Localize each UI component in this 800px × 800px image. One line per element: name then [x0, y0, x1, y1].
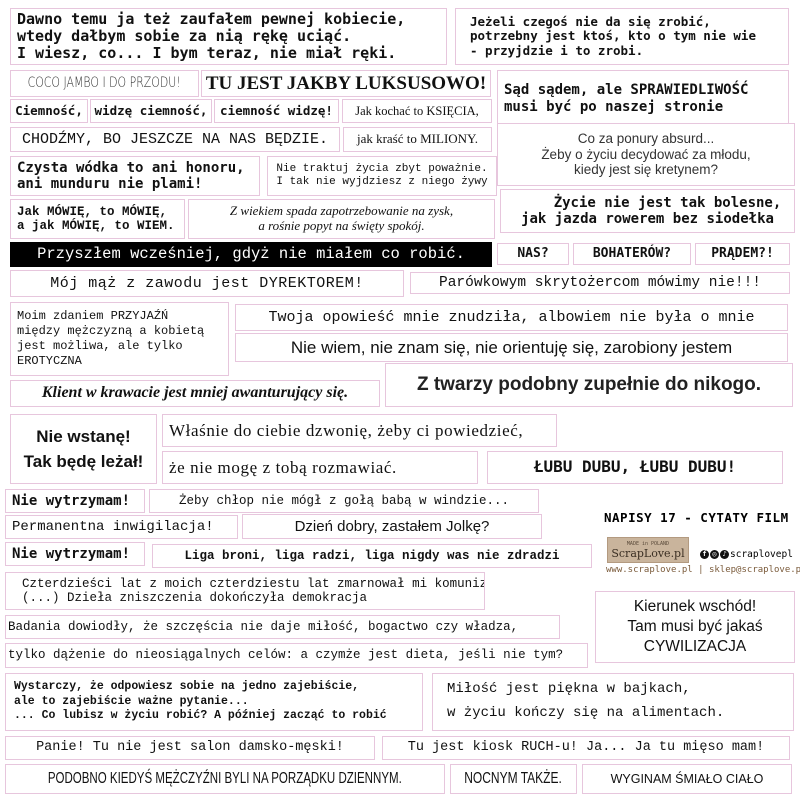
- social-handle[interactable]: scraplovepl: [730, 549, 793, 560]
- quote-text: Twoja opowieść mnie znudziła, albowiem n…: [268, 309, 754, 326]
- sticker-quote: Właśnie do ciebie dzwonię, żeby ci powie…: [162, 414, 557, 447]
- quote-text: CHODŹMY, BO JESZCZE NA NAS BĘDZIE.: [22, 131, 328, 148]
- sticker-quote: ŁUBU DUBU, ŁUBU DUBU!: [487, 451, 783, 484]
- sticker-quote: Nie wytrzymam!: [5, 542, 145, 566]
- quote-line: Miłość jest piękna w bajkach,: [447, 678, 793, 702]
- quote-line: Czterdzieści lat z moich czterdziestu la…: [22, 577, 484, 591]
- brand-logo: MADE in POLAND ScrapLove.pl: [608, 538, 688, 562]
- quote-text: Nie wiem, nie znam się, nie orientuję si…: [291, 338, 732, 358]
- quote-line: Moim zdaniem PRZYJAŹŃ: [17, 309, 228, 324]
- quote-text: jak kraść to MILIONY.: [357, 132, 478, 147]
- quote-line: Co za ponury absurd...: [578, 131, 715, 147]
- quote-line: EROTYCZNA: [17, 354, 228, 369]
- quote-text: widzę ciemność,: [95, 104, 208, 118]
- sticker-quote: Jak kochać to KSIĘCIA,: [342, 99, 492, 123]
- quote-line: Wystarczy, że odpowiesz sobie na jedno z…: [14, 680, 422, 695]
- quote-text: Liga broni, liga radzi, liga nigdy was n…: [184, 549, 559, 563]
- quote-line: Nie wstanę!: [36, 424, 130, 450]
- sticker-quote: Nie wstanę! Tak będę leżał!: [10, 414, 157, 484]
- sticker-quote: Dzień dobry, zastałem Jolkę?: [242, 514, 542, 539]
- brand-contact: www.scraplove.pl | sklep@scraplove.pl: [606, 565, 800, 575]
- quote-line: (...) Dzieła zniszczenia dokończyła demo…: [22, 591, 484, 605]
- quote-text: NOCNYM TAKŻE.: [465, 770, 563, 788]
- collection-title: NAPISY 17 - CYTATY FILM: [604, 510, 789, 525]
- sticker-quote: Dawno temu ja też zaufałem pewnej kobiec…: [10, 8, 447, 65]
- sticker-quote: ciemność widzę!: [214, 99, 339, 123]
- quote-line: jak jazda rowerem bez siodełka: [521, 211, 774, 227]
- sticker-quote: Badania dowiodły, że szczęścia nie daje …: [5, 615, 560, 639]
- quote-line: a rośnie popyt na święty spokój.: [258, 219, 424, 234]
- quote-text: Parówkowym skrytożercom mówimy nie!!!: [439, 275, 761, 292]
- email-link[interactable]: sklep@scraplove.pl: [709, 565, 800, 575]
- quote-text: Przyszłem wcześniej, gdyż nie miałem co …: [37, 246, 465, 264]
- quote-text: Nie wytrzymam!: [12, 546, 144, 562]
- quote-line: Dawno temu ja też zaufałem pewnej kobiec…: [17, 11, 446, 28]
- quote-line: kiedy jest się kretynem?: [574, 162, 718, 178]
- quote-line: jest możliwa, ale tylko: [17, 339, 228, 354]
- sticker-quote: CHODŹMY, BO JESZCZE NA NAS BĘDZIE.: [10, 127, 340, 152]
- quote-text: Jak kochać to KSIĘCIA,: [355, 104, 479, 118]
- quote-text: TU JEST JAKBY LUKSUSOWO!: [206, 73, 486, 95]
- sticker-quote: jak kraść to MILIONY.: [343, 127, 492, 152]
- social-links: f ◎ ♪ scraplovepl: [700, 549, 793, 560]
- sticker-quote: Czterdzieści lat z moich czterdziestu la…: [5, 572, 485, 610]
- quote-text: WYGINAM ŚMIAŁO CIAŁO: [611, 772, 764, 786]
- quote-line: Czysta wódka to ani honoru,: [17, 160, 259, 176]
- quote-text: Ciemność,: [15, 104, 83, 118]
- sticker-quote: Nie wytrzymam!: [5, 489, 145, 513]
- sticker-quote: tylko dążenie do nieosiągalnych celów: a…: [5, 643, 588, 668]
- quote-text: ciemność widzę!: [220, 104, 333, 118]
- sticker-quote: Ciemność,: [10, 99, 88, 123]
- sticker-quote: Klient w krawacie jest mniej awanturując…: [10, 380, 380, 407]
- quote-line: między mężczyzną a kobietą: [17, 324, 228, 339]
- quote-line: Jeżeli czegoś nie da się zrobić,: [470, 15, 788, 29]
- sticker-quote: NAS?: [497, 243, 569, 265]
- quote-text: Coco Jambo i do przodu!: [28, 75, 181, 91]
- sticker-quote: Wystarczy, że odpowiesz sobie na jedno z…: [5, 673, 423, 731]
- quote-text: że nie mogę z tobą rozmawiać.: [169, 458, 477, 478]
- quote-text: BOHATERÓW?: [593, 247, 671, 262]
- quote-text: Żeby chłop nie mógł z gołą babą w windzi…: [179, 494, 509, 508]
- sticker-quote: NOCNYM TAKŻE.: [450, 764, 577, 794]
- sticker-quote: Co za ponury absurd... Żeby o życiu decy…: [497, 123, 795, 186]
- sticker-quote: Moim zdaniem PRZYJAŹŃ między mężczyzną a…: [10, 302, 229, 376]
- sticker-quote: Jeżeli czegoś nie da się zrobić, potrzeb…: [455, 8, 789, 65]
- sticker-quote: Permanentna inwigilacja!: [5, 515, 238, 539]
- sticker-quote: Nie wiem, nie znam się, nie orientuję si…: [235, 333, 788, 362]
- sticker-quote: Z wiekiem spada zapotrzebowanie na zysk,…: [188, 199, 495, 239]
- quote-text: Klient w krawacie jest mniej awanturując…: [42, 384, 348, 402]
- sticker-quote: Miłość jest piękna w bajkach, w życiu ko…: [432, 673, 794, 731]
- sticker-quote: TU JEST JAKBY LUKSUSOWO!: [201, 70, 491, 97]
- sticker-quote: Czysta wódka to ani honoru, ani munduru …: [10, 156, 260, 196]
- quote-text: Nie wytrzymam!: [12, 493, 144, 509]
- quote-line: a jak MÓWIĘ, to WIEM.: [17, 219, 184, 233]
- quote-text: ŁUBU DUBU, ŁUBU DUBU!: [534, 458, 736, 476]
- quote-line: ... Co lubisz w życiu robić? A później z…: [14, 709, 422, 724]
- sticker-quote: Panie! Tu nie jest salon damsko-męski!: [5, 736, 375, 760]
- sticker-quote: Jak MÓWIĘ, to MÓWIĘ, a jak MÓWIĘ, to WIE…: [10, 199, 185, 239]
- sticker-quote: BOHATERÓW?: [573, 243, 691, 265]
- sticker-quote: Twoja opowieść mnie znudziła, albowiem n…: [235, 304, 788, 331]
- quote-text: Tu jest kiosk RUCH-u! Ja... Ja tu mięso …: [408, 740, 764, 756]
- instagram-icon[interactable]: ◎: [710, 550, 719, 559]
- quote-line: Tak będę leżał!: [24, 449, 144, 475]
- sticker-quote: widzę ciemność,: [90, 99, 212, 123]
- quote-text: Mój mąż z zawodu jest DYREKTOREM!: [50, 275, 364, 292]
- quote-line: Z wiekiem spada zapotrzebowanie na zysk,: [230, 204, 453, 219]
- sticker-quote: Sąd sądem, ale SPRAWIEDLIWOŚĆ musi być p…: [497, 70, 789, 127]
- quote-text: Panie! Tu nie jest salon damsko-męski!: [36, 740, 344, 756]
- quote-line: Sąd sądem, ale SPRAWIEDLIWOŚĆ: [504, 82, 788, 98]
- website-link[interactable]: www.scraplove.pl: [606, 565, 693, 575]
- sticker-quote: Coco Jambo i do przodu!: [10, 70, 199, 97]
- sticker-quote: PODOBNO KIEDYŚ MĘŻCZYŹNI BYLI NA PORZĄDK…: [5, 764, 445, 794]
- sticker-quote: Przyszłem wcześniej, gdyż nie miałem co …: [10, 242, 492, 267]
- sticker-quote: Mój mąż z zawodu jest DYREKTOREM!: [10, 270, 404, 297]
- sticker-quote: że nie mogę z tobą rozmawiać.: [162, 451, 478, 484]
- brand-logo-text: ScrapLove.pl: [611, 547, 684, 560]
- sticker-quote: Parówkowym skrytożercom mówimy nie!!!: [410, 272, 790, 294]
- quote-line: ale to zajebiście ważne pytanie...: [14, 695, 422, 710]
- tiktok-icon[interactable]: ♪: [720, 550, 729, 559]
- quote-line: Nie traktuj życia zbyt poważnie.: [276, 163, 487, 176]
- sticker-quote: Kierunek wschód! Tam musi być jakaś CYWI…: [595, 591, 795, 663]
- quote-text: Dzień dobry, zastałem Jolkę?: [295, 518, 490, 535]
- quote-line: CYWILIZACJA: [644, 637, 746, 657]
- quote-line: Żeby o życiu decydować za młodu,: [541, 147, 750, 163]
- sticker-quote: Z twarzy podobny zupełnie do nikogo.: [385, 363, 793, 407]
- quote-line: ani munduru nie plami!: [17, 176, 259, 192]
- sticker-quote: WYGINAM ŚMIAŁO CIAŁO: [582, 764, 792, 794]
- quote-line: I tak nie wyjdziesz z niego żywy: [276, 176, 487, 189]
- quote-text: tylko dążenie do nieosiągalnych celów: a…: [8, 648, 587, 662]
- quote-text: Z twarzy podobny zupełnie do nikogo.: [417, 374, 761, 396]
- quote-text: Permanentna inwigilacja!: [12, 519, 237, 535]
- separator: |: [698, 565, 703, 575]
- quote-line: - przyjdzie i to zrobi.: [470, 44, 788, 58]
- quote-text: PRĄDEM?!: [711, 247, 774, 262]
- quote-line: I wiesz, co... I bym teraz, nie miał ręk…: [17, 45, 446, 62]
- quote-line: potrzebny jest ktoś, kto o tym nie wie: [470, 29, 788, 43]
- sticker-quote: Żeby chłop nie mógł z gołą babą w windzi…: [149, 489, 539, 513]
- quote-text: PODOBNO KIEDYŚ MĘŻCZYŹNI BYLI NA PORZĄDK…: [48, 770, 402, 788]
- sticker-quote: Tu jest kiosk RUCH-u! Ja... Ja tu mięso …: [382, 736, 790, 760]
- sticker-quote: Nie traktuj życia zbyt poważnie. I tak n…: [267, 156, 497, 196]
- quote-line: wtedy dałbym sobie za nią rękę uciąć.: [17, 28, 446, 45]
- quote-line: w życiu kończy się na alimentach.: [447, 702, 793, 726]
- sticker-quote: Liga broni, liga radzi, liga nigdy was n…: [152, 544, 592, 568]
- facebook-icon[interactable]: f: [700, 550, 709, 559]
- quote-line: musi być po naszej stronie: [504, 99, 788, 115]
- quote-line: Życie nie jest tak bolesne,: [514, 195, 782, 211]
- quote-line: Kierunek wschód!: [634, 597, 756, 617]
- quote-line: Jak MÓWIĘ, to MÓWIĘ,: [17, 205, 184, 219]
- quote-text: Badania dowiodły, że szczęścia nie daje …: [8, 620, 559, 634]
- sticker-quote: Życie nie jest tak bolesne, jak jazda ro…: [500, 189, 795, 233]
- quote-text: NAS?: [517, 247, 548, 262]
- sticker-quote: PRĄDEM?!: [695, 243, 790, 265]
- quote-text: Właśnie do ciebie dzwonię, żeby ci powie…: [169, 421, 556, 441]
- quote-line: Tam musi być jakaś: [627, 617, 762, 637]
